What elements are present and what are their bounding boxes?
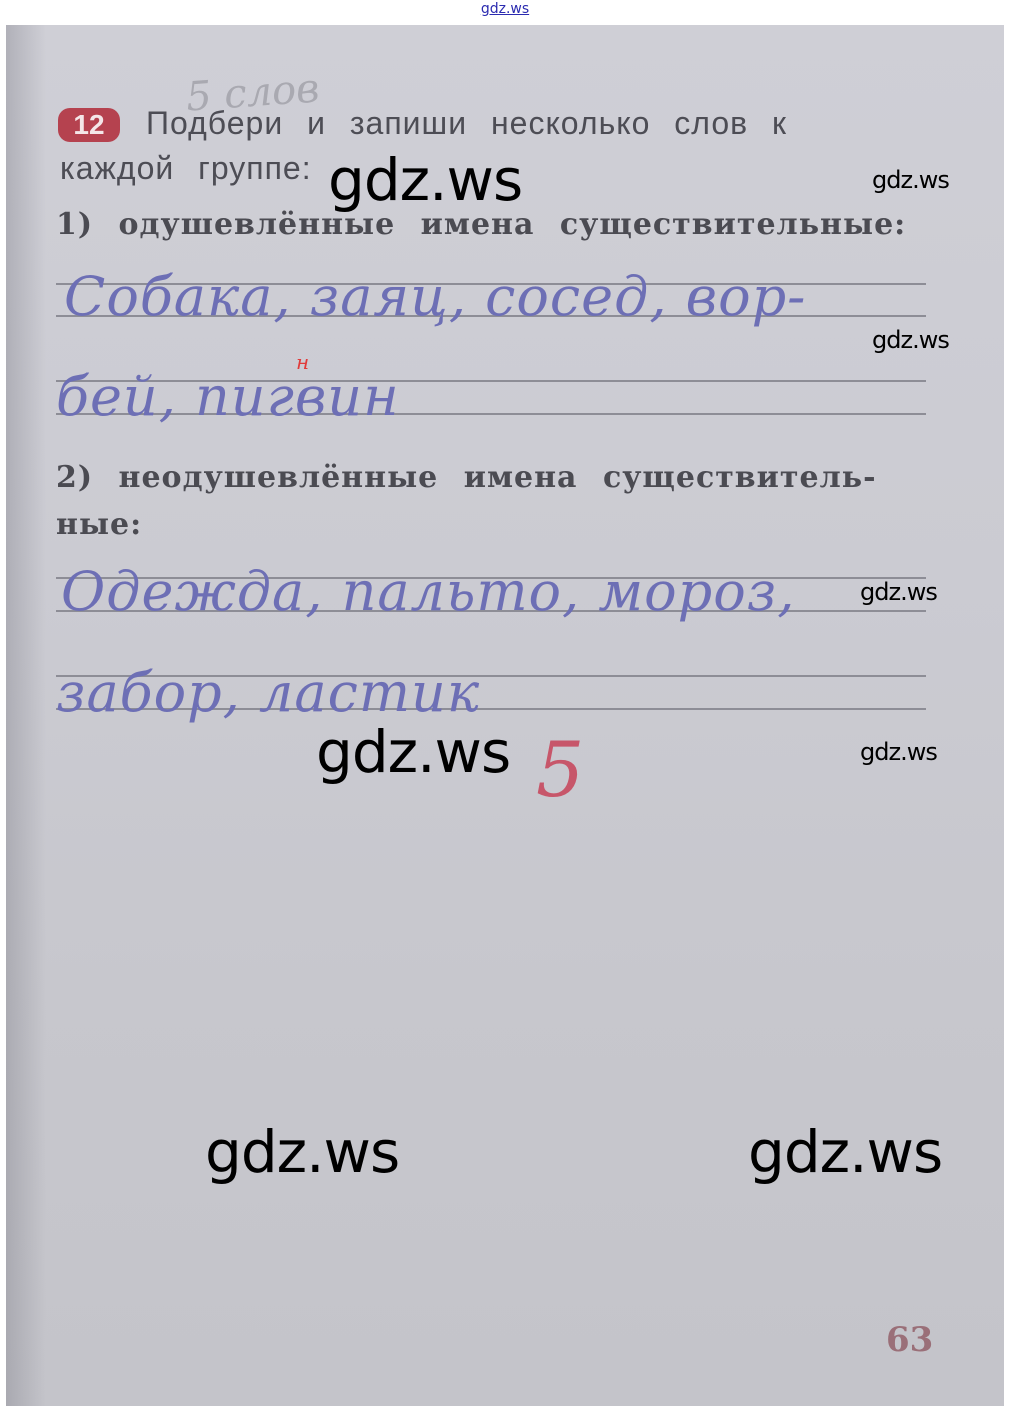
section-2-heading-line-1: 2) неодушевлённые имена существитель- [56, 460, 877, 495]
top-site-link[interactable]: gdz.ws [0, 1, 1010, 17]
watermark: gdz.ws [872, 166, 949, 194]
page-shadow [6, 25, 46, 1406]
answer-2-line-2: забор, ластик [56, 661, 480, 724]
task-instruction-line-1: Подбери и запиши несколько слов к [146, 105, 787, 142]
watermark: gdz.ws [860, 738, 937, 766]
workbook-page: 5 слов 12 Подбери и запиши несколько сло… [6, 25, 1004, 1406]
task-number-badge: 12 [58, 108, 120, 142]
answer-2-line-1: Одежда, пальто, мороз, [61, 560, 795, 623]
teacher-grade: 5 [536, 725, 584, 814]
watermark: gdz.ws [748, 1118, 942, 1186]
section-2-heading-line-2: ные: [56, 507, 142, 542]
watermark: gdz.ws [872, 326, 949, 354]
watermark: gdz.ws [205, 1118, 399, 1186]
answer-1-line-1: Собака, заяц, сосед, вор- [64, 265, 806, 328]
page-number: 63 [886, 1320, 933, 1360]
answer-1-line-2: бей, пигвин [56, 365, 400, 428]
bleed-through-text [266, 785, 271, 803]
watermark: gdz.ws [328, 146, 522, 214]
watermark: gdz.ws [860, 578, 937, 606]
watermark: gdz.ws [316, 718, 510, 786]
task-instruction-line-2: каждой группе: [60, 150, 312, 187]
